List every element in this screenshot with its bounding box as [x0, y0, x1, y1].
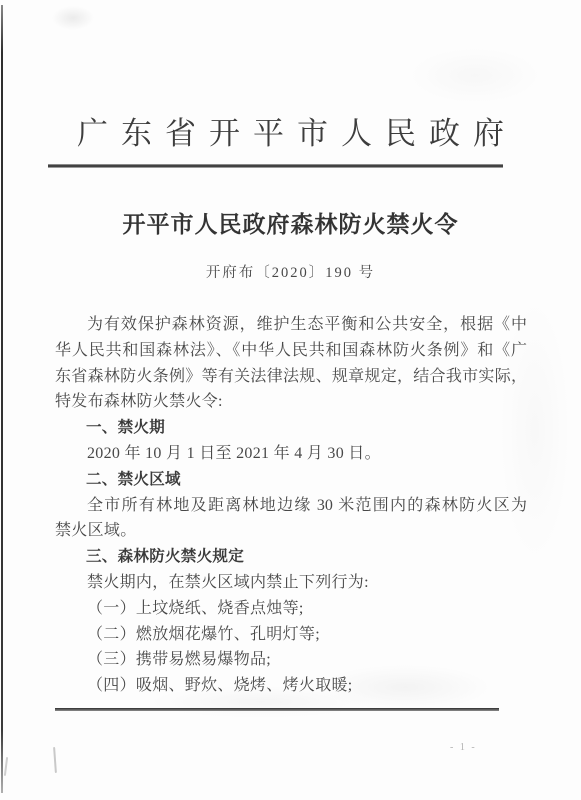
body-line: 特发布森林防火禁火令: [55, 389, 527, 415]
body-line: 一、禁火期 [55, 415, 527, 441]
document-number: 开府布〔2020〕190 号 [0, 264, 581, 282]
body-line: （四）吸烟、野炊、烧烤、烤火取暖; [55, 673, 527, 699]
body-line: 二、禁火区域 [55, 467, 527, 493]
body-line: 2020 年 10 月 1 日至 2021 年 4 月 30 日。 [55, 441, 527, 467]
footer-divider-line [55, 708, 499, 711]
document-title: 开平市人民政府森林防火禁火令 [0, 211, 581, 239]
body-line: 三、森林防火禁火规定 [55, 544, 527, 570]
issuing-authority-header: 广东省开平市人民政府 [0, 114, 581, 154]
scan-smudge [52, 6, 94, 30]
body-line: （二）燃放烟花爆竹、孔明灯等; [55, 622, 527, 648]
body-line: 禁火期内，在禁火区域内禁止下列行为: [55, 570, 527, 596]
scan-mark [53, 747, 57, 773]
body-line: 禁火区域。 [55, 518, 527, 544]
body-line: （三）携带易燃易爆物品; [55, 647, 527, 673]
body-line: 东省森林防火条例》等有关法律法规、规章规定，结合我市实际， [55, 364, 527, 390]
document-body: 为有效保护森林资源，维护生态平衡和公共安全，根据《中华人民共和国森林法》、《中华… [55, 312, 527, 699]
page-number: - 1 - [450, 742, 510, 754]
body-line: 华人民共和国森林法》、《中华人民共和国森林防火条例》和《广 [55, 338, 527, 364]
header-divider-line [48, 164, 503, 168]
scan-mark [4, 757, 8, 776]
scan-smudge [410, 48, 540, 103]
body-line: （一）上坟烧纸、烧香点烛等; [55, 596, 527, 622]
body-line: 为有效保护森林资源，维护生态平衡和公共安全，根据《中 [55, 312, 527, 338]
body-line: 全市所有林地及距离林地边缘 30 米范围内的森林防火区为 [55, 493, 527, 519]
scanned-document-page: 广东省开平市人民政府 开平市人民政府森林防火禁火令 开府布〔2020〕190 号… [0, 0, 581, 800]
